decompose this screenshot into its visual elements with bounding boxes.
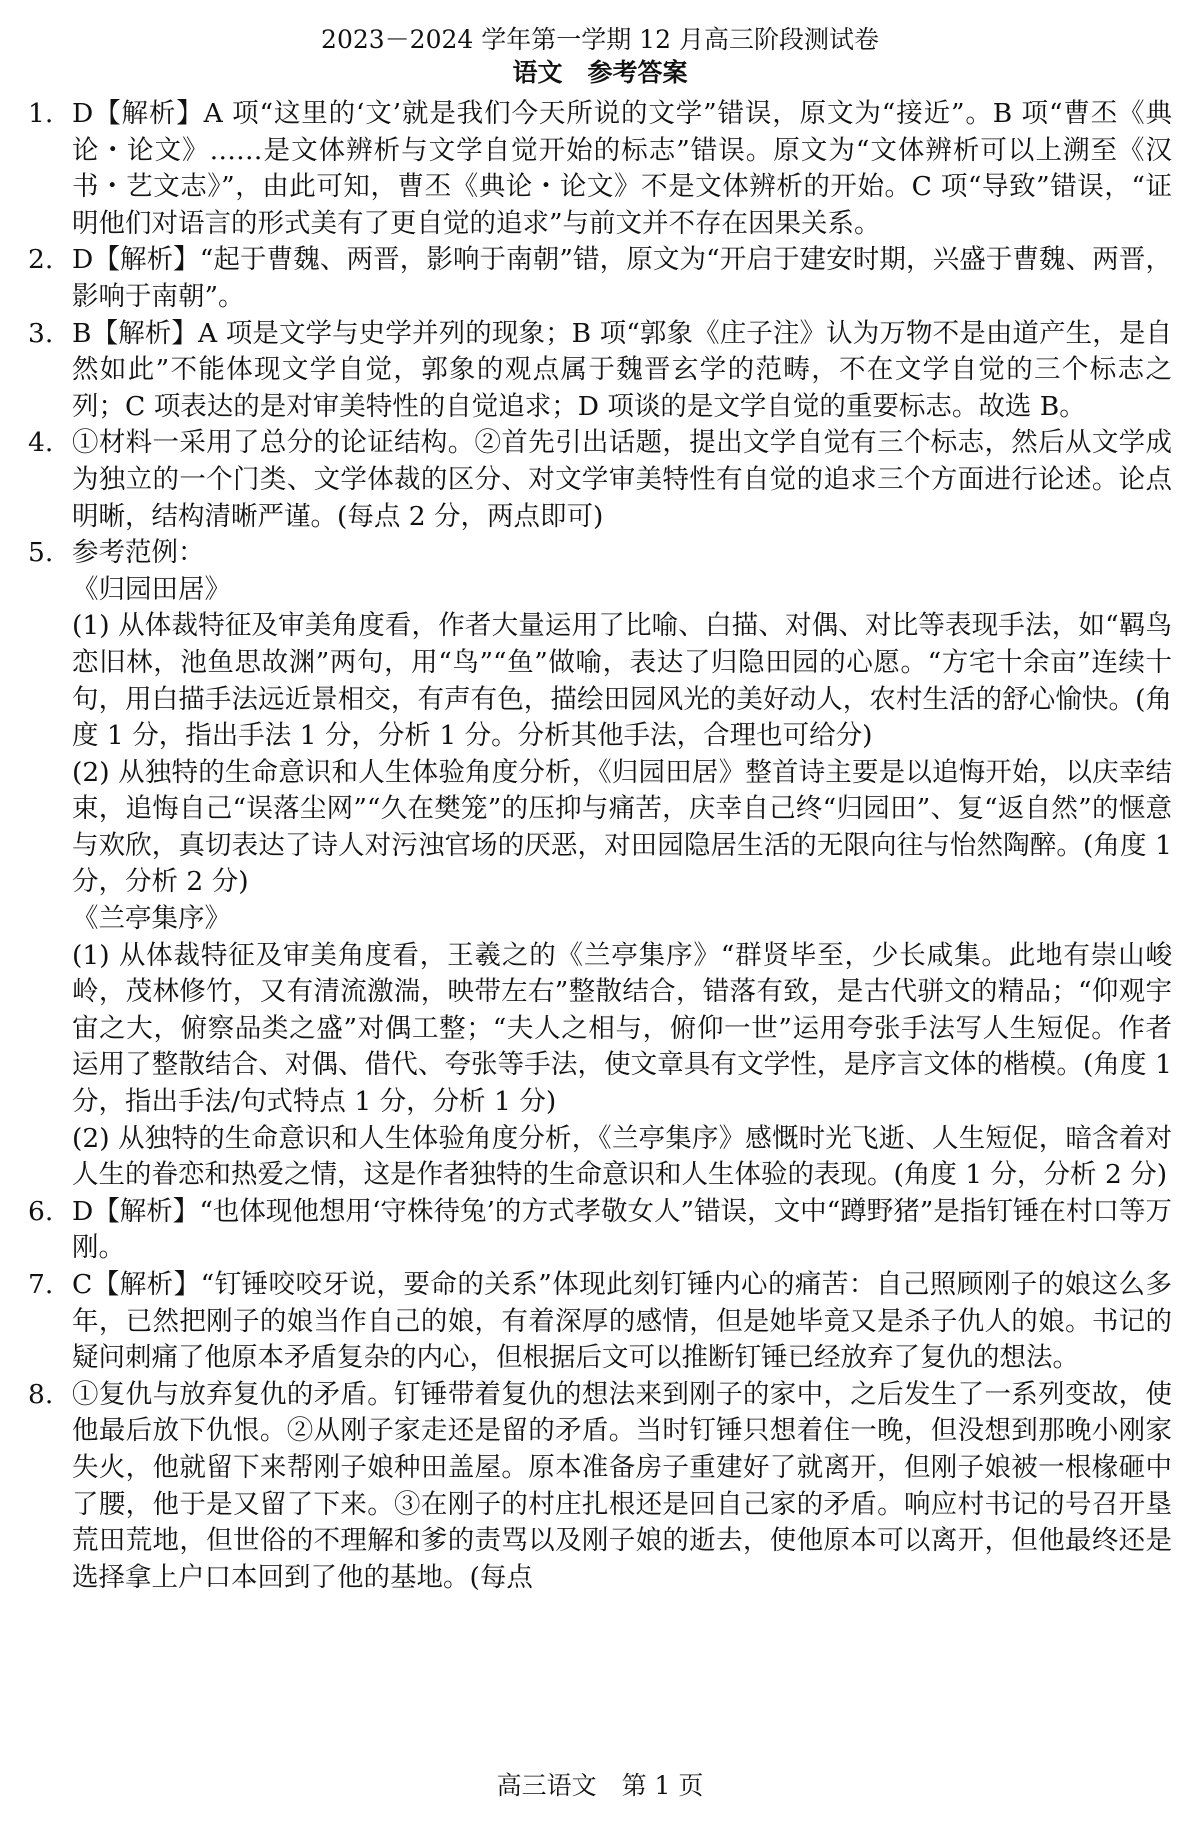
answer-item-3: 3. B【解析】A 项是文学与史学并列的现象；B 项“郭象《庄子注》认为万物不是… (0, 316, 1200, 426)
answer-item-5: 5. 参考范例： (0, 535, 1200, 572)
answer-item-4: 4. ①材料一采用了总分的论证结构。②首先引出话题，提出文学自觉有三个标志，然后… (0, 425, 1200, 535)
poem1-analysis-2: (2) 从独特的生命意识和人生体验角度分析，《归园田居》整首诗主要是以追悔开始，… (0, 755, 1200, 901)
exam-subtitle: 语文 参考答案 (0, 56, 1200, 90)
answer-item-2: 2. D【解析】“起于曹魏、两晋，影响于南朝”错，原文为“开启于建安时期，兴盛于… (0, 242, 1200, 315)
answer-text: 参考范例： (72, 537, 205, 568)
answer-number: 4. (28, 425, 72, 462)
answer-number: 1. (28, 96, 72, 133)
exam-title: 2023－2024 学年第一学期 12 月高三阶段测试卷 (0, 22, 1200, 58)
answer-text: C【解析】“钉锤咬咬牙说，要命的关系”体现此刻钉锤内心的痛苦：自己照顾刚子的娘这… (72, 1269, 1172, 1373)
page-footer: 高三语文 第 1 页 (0, 1768, 1200, 1804)
answer-number: 2. (28, 242, 72, 279)
poem2-analysis-2: (2) 从独特的生命意识和人生体验角度分析，《兰亭集序》感慨时光飞逝、人生短促，… (0, 1121, 1200, 1194)
answer-number: 6. (28, 1194, 72, 1231)
poem2-analysis-1: (1) 从体裁特征及审美角度看，王羲之的《兰亭集序》“群贤毕至，少长咸集。此地有… (0, 938, 1200, 1121)
answer-text: D【解析】“也体现他想用‘守株待兔’的方式孝敬女人”错误，文中“蹲野猪”是指钉锤… (72, 1196, 1172, 1264)
answer-text: B【解析】A 项是文学与史学并列的现象；B 项“郭象《庄子注》认为万物不是由道产… (72, 318, 1172, 422)
answer-item-1: 1. D【解析】A 项“这里的‘文’就是我们今天所说的文学”错误，原文为“接近”… (0, 96, 1200, 242)
answer-sheet-page: 2023－2024 学年第一学期 12 月高三阶段测试卷 语文 参考答案 1. … (0, 0, 1200, 1837)
poem-heading-guiyuantianju: 《归园田居》 (0, 572, 1200, 609)
answer-item-8: 8. ①复仇与放弃复仇的矛盾。钉锤带着复仇的想法来到刚子的家中，之后发生了一系列… (0, 1377, 1200, 1597)
answer-item-7: 7. C【解析】“钉锤咬咬牙说，要命的关系”体现此刻钉锤内心的痛苦：自己照顾刚子… (0, 1267, 1200, 1377)
answer-text: D【解析】A 项“这里的‘文’就是我们今天所说的文学”错误，原文为“接近”。B … (72, 98, 1172, 239)
answer-body: 1. D【解析】A 项“这里的‘文’就是我们今天所说的文学”错误，原文为“接近”… (0, 96, 1200, 1596)
answer-number: 8. (28, 1377, 72, 1414)
answer-text: ①复仇与放弃复仇的矛盾。钉锤带着复仇的想法来到刚子的家中，之后发生了一系列变故，… (72, 1379, 1172, 1593)
answer-text: ①材料一采用了总分的论证结构。②首先引出话题，提出文学自觉有三个标志，然后从文学… (72, 427, 1172, 531)
answer-number: 7. (28, 1267, 72, 1304)
poem1-analysis-1: (1) 从体裁特征及审美角度看，作者大量运用了比喻、白描、对偶、对比等表现手法，… (0, 608, 1200, 754)
answer-text: D【解析】“起于曹魏、两晋，影响于南朝”错，原文为“开启于建安时期，兴盛于曹魏、… (72, 244, 1172, 312)
answer-number: 5. (28, 535, 72, 572)
answer-item-6: 6. D【解析】“也体现他想用‘守株待兔’的方式孝敬女人”错误，文中“蹲野猪”是… (0, 1194, 1200, 1267)
answer-number: 3. (28, 316, 72, 353)
poem-heading-lantingjixu: 《兰亭集序》 (0, 901, 1200, 938)
